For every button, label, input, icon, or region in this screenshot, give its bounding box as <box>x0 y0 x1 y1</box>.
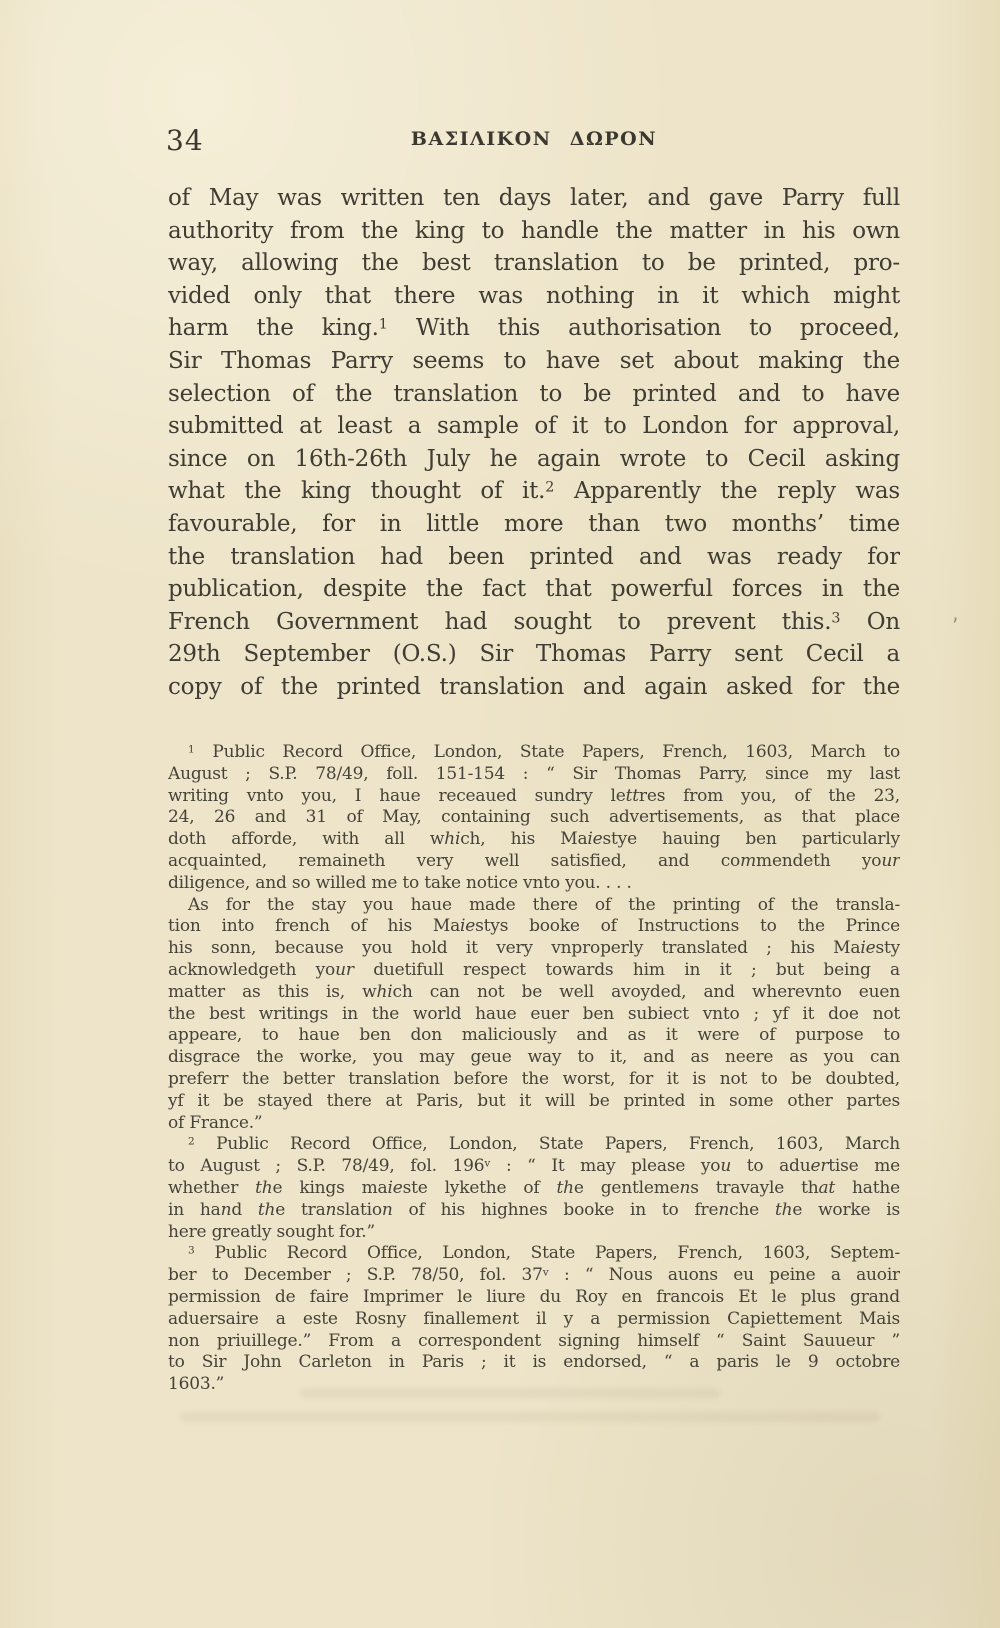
footnote-text-line: in hand the translation of his highnes b… <box>168 1200 900 1222</box>
body-text-line: vided only that there was nothing in it … <box>168 280 900 313</box>
body-text-line: of May was written ten days later, and g… <box>168 182 900 215</box>
body-text-line: harm the king.1 With this authorisation … <box>168 312 900 345</box>
footnote-text-line: diligence, and so willed me to take noti… <box>168 873 900 895</box>
footnote-text-line: 24, 26 and 31 of May, containing such ad… <box>168 807 900 829</box>
footnote-text-line: non priuillege.” From a correspondent si… <box>168 1331 900 1353</box>
show-through-smudge <box>300 1388 720 1398</box>
footnote-text-line: yf it be stayed there at Paris, but it w… <box>168 1091 900 1113</box>
body-text-line: favourable, for in little more than two … <box>168 508 900 541</box>
body-text-line: what the king thought of it.2 Apparently… <box>168 475 900 508</box>
body-text-line: submitted at least a sample of it to Lon… <box>168 410 900 443</box>
footnote-text-line: 2 Public Record Office, London, State Pa… <box>168 1134 900 1156</box>
body-text-line: selection of the translation to be print… <box>168 378 900 411</box>
footnote-3: 3 Public Record Office, London, State Pa… <box>168 1243 900 1396</box>
footnote-text-line: preferr the better translation before th… <box>168 1069 900 1091</box>
footnote-text-line: here greatly sought for.” <box>168 1222 900 1244</box>
footnote-2: 2 Public Record Office, London, State Pa… <box>168 1134 900 1243</box>
body-text-line: Sir Thomas Parry seems to have set about… <box>168 345 900 378</box>
footnote-text-line: his sonn, because you hold it very vnpro… <box>168 938 900 960</box>
footnote-text-line: doth afforde, with all which, his Maiest… <box>168 829 900 851</box>
footnotes-block: 1 Public Record Office, London, State Pa… <box>168 742 900 1396</box>
footnote-text-line: As for the stay you haue made there of t… <box>168 895 900 917</box>
footnote-text-line: whether the kings maieste lykethe of the… <box>168 1178 900 1200</box>
footnote-text-line: matter as this is, which can not be well… <box>168 982 900 1004</box>
footnote-text-line: to Sir John Carleton in Paris ; it is en… <box>168 1352 900 1374</box>
book-page: 34 ΒΑΣΙΛΙΚΟΝ ΔΩΡΟΝ of May was written te… <box>0 0 1000 1628</box>
body-paragraph: of May was written ten days later, and g… <box>168 182 900 704</box>
footnote-text-line: writing vnto you, I haue receaued sundry… <box>168 786 900 808</box>
body-text-line: the translation had been printed and was… <box>168 541 900 574</box>
footnote-text-line: permission de faire Imprimer le liure du… <box>168 1287 900 1309</box>
show-through-smudge <box>180 1412 880 1422</box>
margin-pen-mark: , <box>949 601 960 626</box>
footnote-text-line: ber to December ; S.P. 78/50, fol. 37v :… <box>168 1265 900 1287</box>
body-text-line: 29th September (O.S.) Sir Thomas Parry s… <box>168 638 900 671</box>
footnote-text-line: to August ; S.P. 78/49, fol. 196v : “ It… <box>168 1156 900 1178</box>
footnote-text-line: 3 Public Record Office, London, State Pa… <box>168 1243 900 1265</box>
body-text-line: copy of the printed translation and agai… <box>168 671 900 704</box>
body-text-line: way, allowing the best translation to be… <box>168 247 900 280</box>
running-head: ΒΑΣΙΛΙΚΟΝ ΔΩΡΟΝ <box>168 128 900 150</box>
body-text-line: French Government had sought to prevent … <box>168 606 900 639</box>
body-text-line: since on 16th-26th July he again wrote t… <box>168 443 900 476</box>
footnote-text-line: appeare, to haue ben don maliciously and… <box>168 1025 900 1047</box>
footnote-text-line: August ; S.P. 78/49, foll. 151-154 : “ S… <box>168 764 900 786</box>
footnote-1: 1 Public Record Office, London, State Pa… <box>168 742 900 1134</box>
footnote-text-line: disgrace the worke, you may geue way to … <box>168 1047 900 1069</box>
footnote-text-line: of France.” <box>168 1113 900 1135</box>
footnote-text-line: tion into french of his Maiestys booke o… <box>168 916 900 938</box>
footnote-text-line: aduersaire a este Rosny finallement il y… <box>168 1309 900 1331</box>
footnote-text-line: acknowledgeth your duetifull respect tow… <box>168 960 900 982</box>
footnote-text-line: acquainted, remaineth very well satisfie… <box>168 851 900 873</box>
body-text-line: publication, despite the fact that power… <box>168 573 900 606</box>
footnote-text-line: the best writings in the world haue euer… <box>168 1004 900 1026</box>
body-text-line: authority from the king to handle the ma… <box>168 215 900 248</box>
footnote-text-line: 1 Public Record Office, London, State Pa… <box>168 742 900 764</box>
